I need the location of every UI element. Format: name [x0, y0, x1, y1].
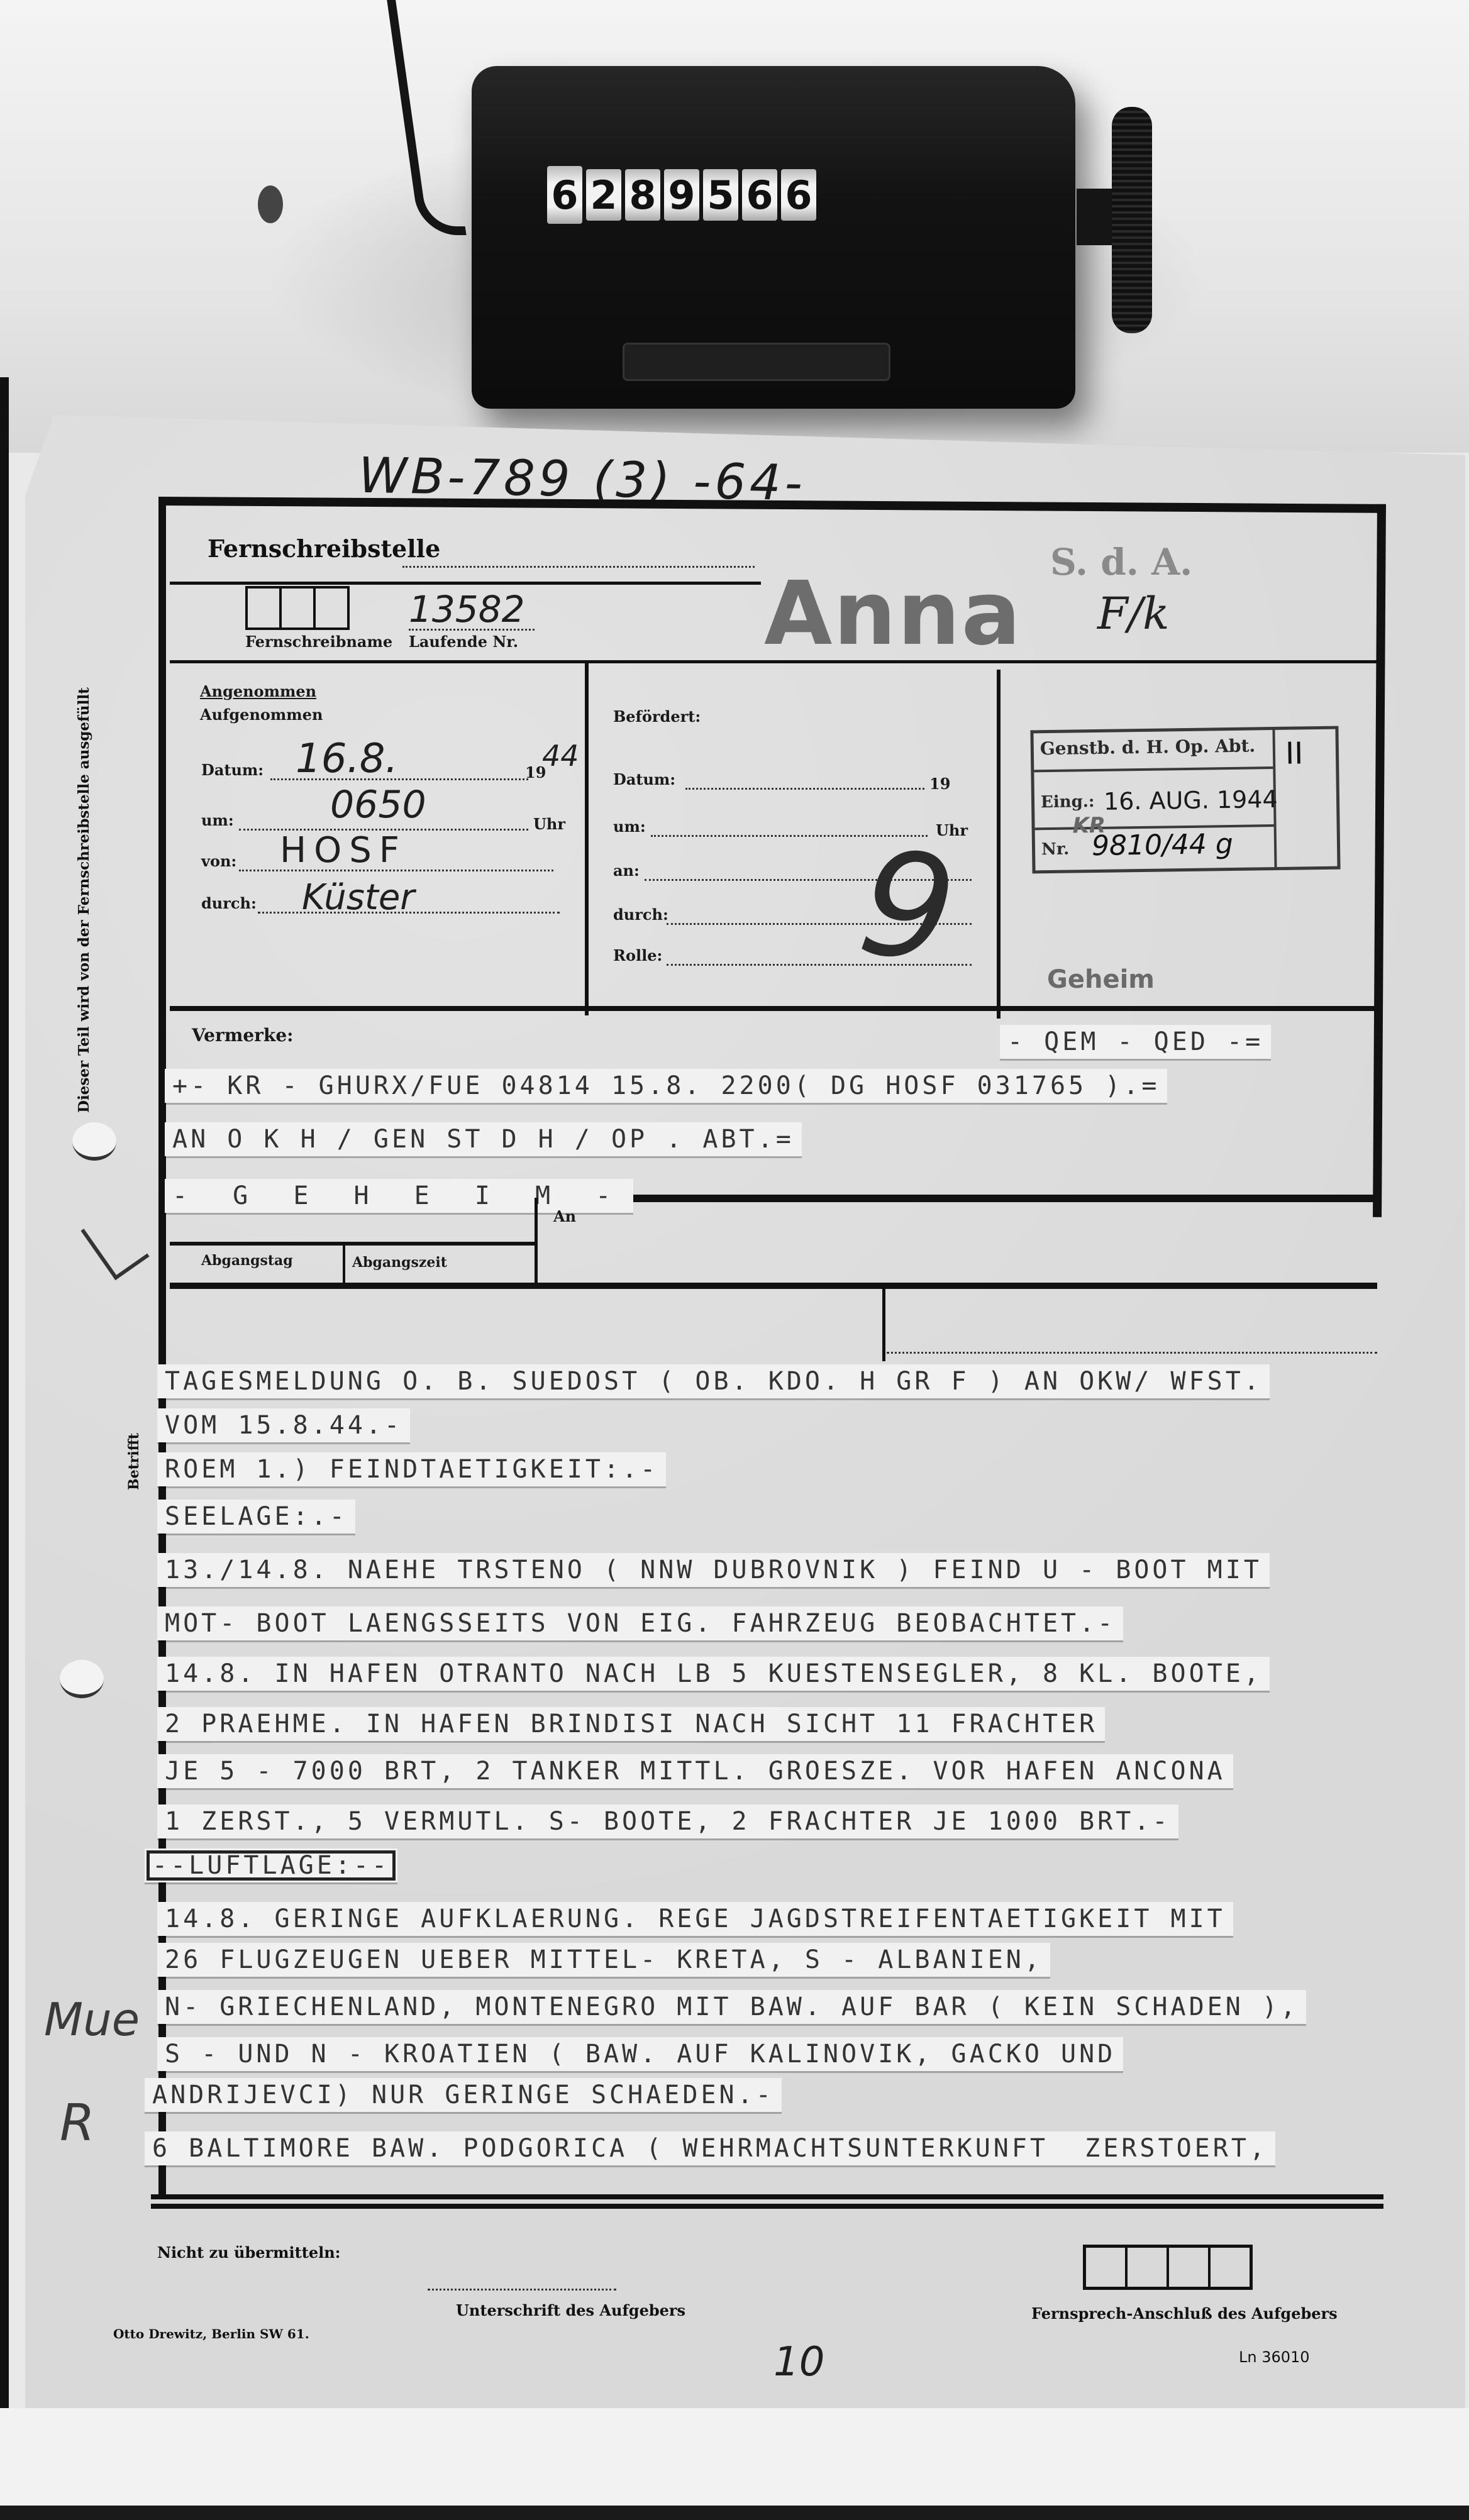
forwarded-date-label: Datum: [613, 770, 675, 788]
teletype-strip: N- GRIECHENLAND, MONTENEGRO MIT BAW. AUF… [157, 1990, 1306, 2024]
divider [170, 660, 1377, 663]
teletype-strip: S - UND N - KROATIEN ( BAW. AUF KALINOVI… [157, 2037, 1123, 2071]
stamp-divider [1034, 766, 1273, 772]
operator-stamp: Anna [764, 563, 1022, 665]
sender-code-boxes[interactable] [245, 586, 350, 630]
teletype-strip: 26 FLUGZEUGEN UEBER MITTEL- KRETA, S - A… [157, 1943, 1050, 1977]
divider [170, 582, 761, 585]
received-time-label: um: [201, 811, 234, 829]
uhr-label: Uhr [533, 815, 565, 833]
teletype-strip: JE 5 - 7000 BRT, 2 TANKER MITTL. GROESZE… [157, 1754, 1233, 1788]
teletype-strip: MOT- BOOT LAENGSSEITS VON EIG. FAHRZEUG … [157, 1606, 1123, 1640]
filing-stamp: S. d. A. [1050, 541, 1192, 583]
counter-digit: 6 [547, 166, 582, 224]
stamp-received-label: Eing.: [1041, 792, 1095, 812]
form-number: Ln 36010 [1239, 2348, 1310, 2366]
initials-mark: F/k [1097, 588, 1170, 639]
teletype-strip: 2 PRAEHME. IN HAFEN BRINDISI NACH SICHT … [157, 1707, 1105, 1741]
stamp-received-date: 16. AUG. 1944 [1104, 785, 1278, 815]
stamp-title: Genstb. d. H. Op. Abt. [1040, 735, 1256, 759]
divider [170, 1006, 1377, 1011]
printer-imprint: Otto Drewitz, Berlin SW 61. [113, 2326, 309, 2341]
paper-bottom-margin [0, 2408, 1469, 2520]
classification-stamp: Geheim [1047, 965, 1155, 994]
teletype-strip: 14.8. IN HAFEN OTRANTO NACH LB 5 KUESTEN… [157, 1657, 1270, 1691]
recipient-label: An [553, 1207, 576, 1225]
received-time-value: 0650 [330, 783, 426, 827]
teletype-strip: +- KR - GHURX/FUE 04814 15.8. 2200( DG H… [165, 1069, 1167, 1103]
counter-digit: 8 [625, 169, 660, 221]
station-title: Fernschreibstelle [208, 534, 440, 563]
teletype-strip: ROEM 1.) FEINDTAETIGKEIT:.- [157, 1452, 666, 1486]
column-divider [343, 1242, 345, 1286]
punch-hole [60, 1660, 104, 1698]
margin-initials: R [60, 2094, 95, 2152]
received-header-2: Aufgenommen [200, 705, 323, 724]
dotted-line [685, 788, 924, 790]
background-mark [258, 185, 283, 223]
signature-label: Unterschrift des Aufgebers [456, 2301, 685, 2319]
margin-initials: Mue [44, 1993, 140, 2046]
signature-line [428, 2289, 616, 2291]
divider [151, 2204, 1383, 2209]
stamp-number-value: 9810/44 g [1092, 828, 1233, 862]
frame-counter-device: 6 2 8 9 5 6 6 [472, 66, 1075, 409]
serial-label: Laufende Nr. [409, 633, 518, 651]
departure-day-label: Abgangstag [201, 1252, 293, 1269]
sender-code-label: Fernschreibname [245, 633, 392, 651]
subject-side-label: Betrifft [126, 1433, 142, 1490]
section-heading-air-situation: --LUFTLAGE:-- [145, 1849, 397, 1882]
column-divider [882, 1286, 885, 1361]
not-transmit-label: Nicht zu übermitteln: [157, 2243, 341, 2262]
received-header-1: Angenommen [200, 682, 316, 700]
dotted-line [402, 566, 755, 568]
page-number: 10 [773, 2339, 824, 2385]
side-note: Dieser Teil wird von der Fernschreibstel… [75, 687, 92, 1113]
teletype-strip: TAGESMELDUNG O. B. SUEDOST ( OB. KDO. H … [157, 1364, 1270, 1398]
serial-number: 13582 [409, 588, 525, 631]
phone-number-boxes[interactable] [1083, 2245, 1253, 2290]
received-from-value: HOSF [280, 830, 407, 871]
received-by-signature: Küster [302, 877, 414, 918]
counter-digit: 2 [586, 169, 621, 221]
teletype-strip: AN O K H / GEN ST D H / OP . ABT.= [165, 1122, 802, 1156]
film-edge-bottom [0, 2506, 1469, 2520]
divider [170, 1283, 1377, 1289]
counter-digit: 9 [664, 169, 699, 221]
counter-digit: 6 [742, 169, 777, 221]
teletype-strip: VOM 15.8.44.- [157, 1408, 410, 1442]
forwarded-time-label: um: [613, 817, 646, 836]
forwarded-roll-label: Rolle: [613, 946, 662, 964]
phone-label: Fernsprech-Anschluß des Aufgebers [1031, 2304, 1338, 2323]
remarks-label: Vermerke: [192, 1025, 293, 1046]
divider [170, 1242, 535, 1246]
forwarded-year-prefix: 19 [929, 775, 950, 793]
counter-digits: 6 2 8 9 5 6 6 [547, 160, 818, 229]
teletype-strip: 13./14.8. NAEHE TRSTENO ( NNW DUBROVNIK … [157, 1553, 1270, 1587]
receipt-stamp: Genstb. d. H. Op. Abt. Eing.: 16. AUG. 1… [1030, 726, 1340, 874]
dotted-line [887, 1352, 1377, 1354]
received-year-value: 44 [542, 739, 579, 773]
received-date-value: 16.8. [296, 736, 398, 782]
teletype-strip: SEELAGE:.- [157, 1500, 355, 1534]
counter-digit: 6 [781, 169, 816, 221]
counter-axle [1077, 189, 1114, 245]
received-by-label: durch: [201, 894, 257, 912]
column-divider [535, 1198, 538, 1286]
teletype-strip: 1 ZERST., 5 VERMUTL. S- BOOTE, 2 FRACHTE… [157, 1804, 1178, 1838]
stamp-number-label: Nr. [1041, 840, 1070, 859]
stamp-side-mark: II [1285, 736, 1304, 771]
counter-reset-knob [1112, 107, 1152, 333]
counter-digit: 5 [703, 169, 738, 221]
teletype-strip: 14.8. GERINGE AUFKLAERUNG. REGE JAGDSTRE… [157, 1902, 1233, 1936]
received-date-label: Datum: [201, 761, 263, 779]
teletype-strip: 6 BALTIMORE BAW. PODGORICA ( WEHRMACHTSU… [145, 2131, 1275, 2165]
dotted-line [409, 629, 535, 631]
forwarded-to-label: an: [613, 861, 640, 880]
divider [151, 2194, 1383, 2199]
counter-slot [623, 343, 890, 381]
received-from-label: von: [201, 852, 236, 870]
forwarded-header: Befördert: [613, 707, 701, 726]
departure-time-label: Abgangszeit [352, 1254, 447, 1271]
forwarded-by-label: durch: [613, 905, 668, 924]
column-divider [585, 663, 589, 1015]
teletype-strip: - QEM - QED -= [1000, 1025, 1271, 1059]
teletype-strip: ANDRIJEVCI) NUR GERINGE SCHAEDEN.- [145, 2078, 782, 2112]
punch-hole [72, 1122, 116, 1161]
column-divider [997, 670, 1001, 1019]
film-edge [0, 377, 9, 2515]
